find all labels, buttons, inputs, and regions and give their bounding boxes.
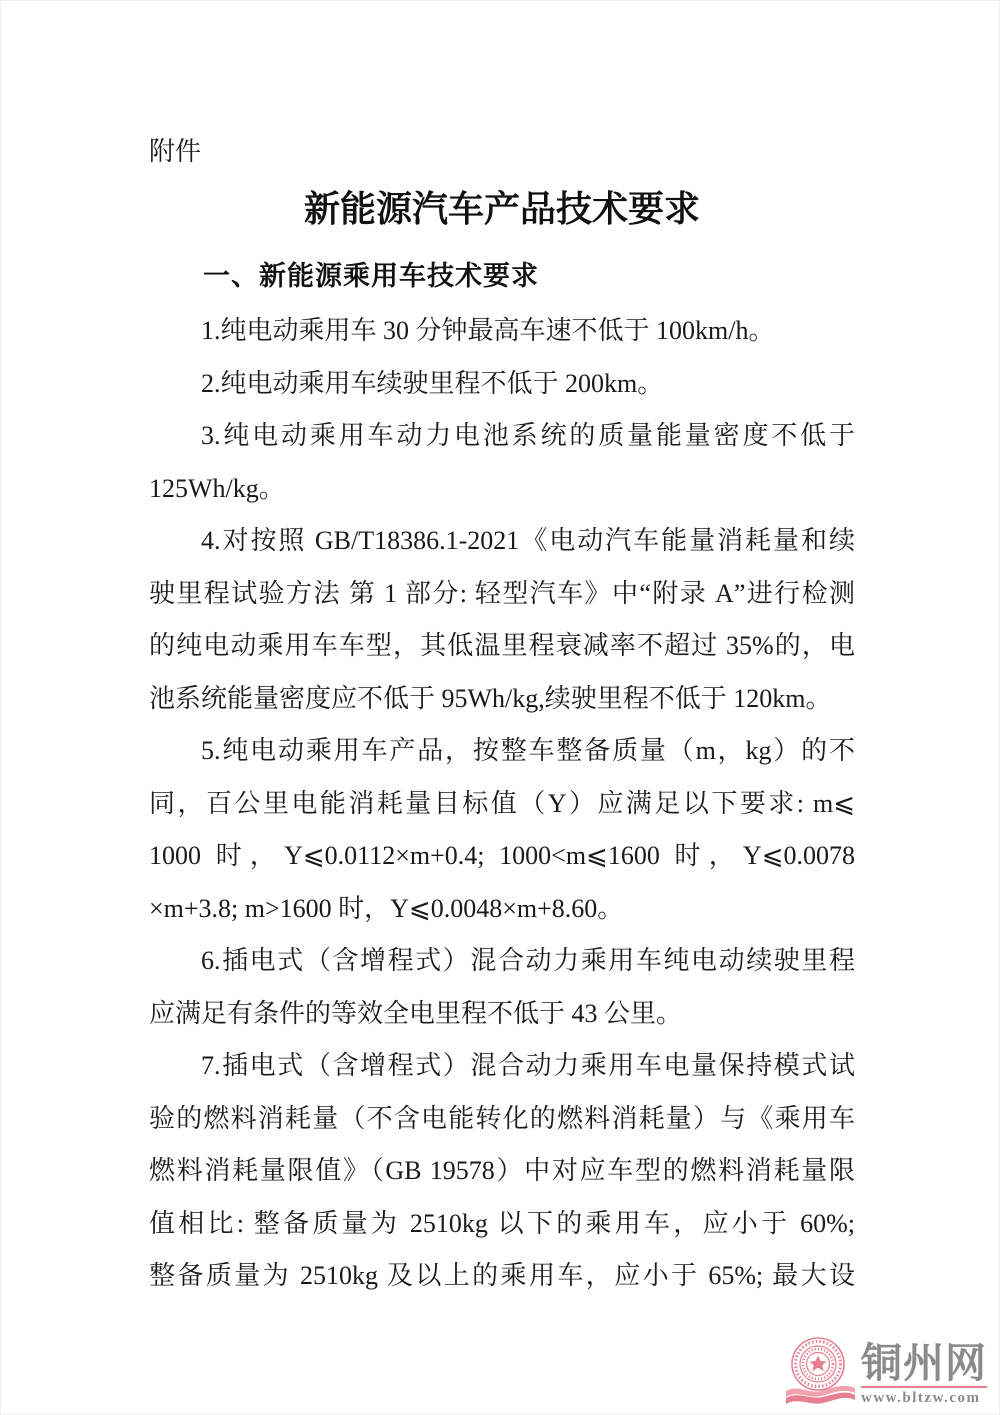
site-name-block: 铜州网 www.bltzw.com (861, 1342, 987, 1408)
paragraph-6-line: 应满足有条件的等效全电里程不低于 43 公里。 (149, 988, 855, 1041)
site-watermark: 铜州网 www.bltzw.com (785, 1334, 987, 1408)
paragraph-5-line: ×m+3.8; m>1600 时，Y⩽0.0048×m+8.60。 (149, 883, 855, 936)
paragraph-5-line: 5.纯电动乘用车产品，按整车整备质量（m，kg）的不 (149, 725, 855, 778)
section-heading: 一、新能源乘用车技术要求 (149, 259, 855, 293)
paragraph-4-line: 池系统能量密度应不低于 95Wh/kg,续驶里程不低于 120km。 (149, 673, 855, 726)
paragraph-6-line: 6.插电式（含增程式）混合动力乘用车纯电动续驶里程 (149, 935, 855, 988)
paragraph-4-line: 的纯电动乘用车车型，其低温里程衰减率不超过 35%的，电 (149, 620, 855, 673)
paragraph-4-line: 驶里程试验方法 第 1 部分: 轻型汽车》中“附录 A”进行检测 (149, 568, 855, 621)
document-page: 附件 新能源汽车产品技术要求 一、新能源乘用车技术要求 1.纯电动乘用车 30 … (0, 0, 1000, 1415)
document-content: 附件 新能源汽车产品技术要求 一、新能源乘用车技术要求 1.纯电动乘用车 30 … (149, 134, 855, 1303)
paragraph-7-line: 值相比: 整备质量为 2510kg 以下的乘用车，应小于 60%; (149, 1198, 855, 1251)
paragraph-3-line: 3.纯电动乘用车动力电池系统的质量能量密度不低于 (149, 410, 855, 463)
paragraph-7-line: 燃料消耗量限值》（GB 19578）中对应车型的燃料消耗量限 (149, 1145, 855, 1198)
paragraph-5-line: 1000 时，Y⩽0.0112×m+0.4; 1000<m⩽1600 时，Y⩽0… (149, 830, 855, 883)
seal-ribbon-icon (785, 1334, 857, 1408)
paragraph-7-line: 7.插电式（含增程式）混合动力乘用车电量保持模式试 (149, 1040, 855, 1093)
paragraph-7-line: 整备质量为 2510kg 及以上的乘用车，应小于 65%; 最大设 (149, 1250, 855, 1303)
paragraph-7-line: 验的燃料消耗量（不含电能转化的燃料消耗量）与《乘用车 (149, 1093, 855, 1146)
paragraph-2-line: 2.纯电动乘用车续驶里程不低于 200km。 (149, 358, 855, 411)
logo-divider (861, 1386, 987, 1388)
body-text: 1.纯电动乘用车 30 分钟最高车速不低于 100km/h。 2.纯电动乘用车续… (149, 305, 855, 1303)
site-url: www.bltzw.com (861, 1390, 987, 1406)
paragraph-3-line: 125Wh/kg。 (149, 463, 855, 516)
site-name: 铜州网 (861, 1342, 987, 1384)
paragraph-4-line: 4.对按照 GB/T18386.1-2021《电动汽车能量消耗量和续 (149, 515, 855, 568)
paragraph-1-line: 1.纯电动乘用车 30 分钟最高车速不低于 100km/h。 (149, 305, 855, 358)
attachment-label: 附件 (149, 134, 855, 168)
document-title: 新能源汽车产品技术要求 (149, 184, 855, 234)
paragraph-5-line: 同，百公里电能消耗量目标值（Y）应满足以下要求: m⩽ (149, 778, 855, 831)
